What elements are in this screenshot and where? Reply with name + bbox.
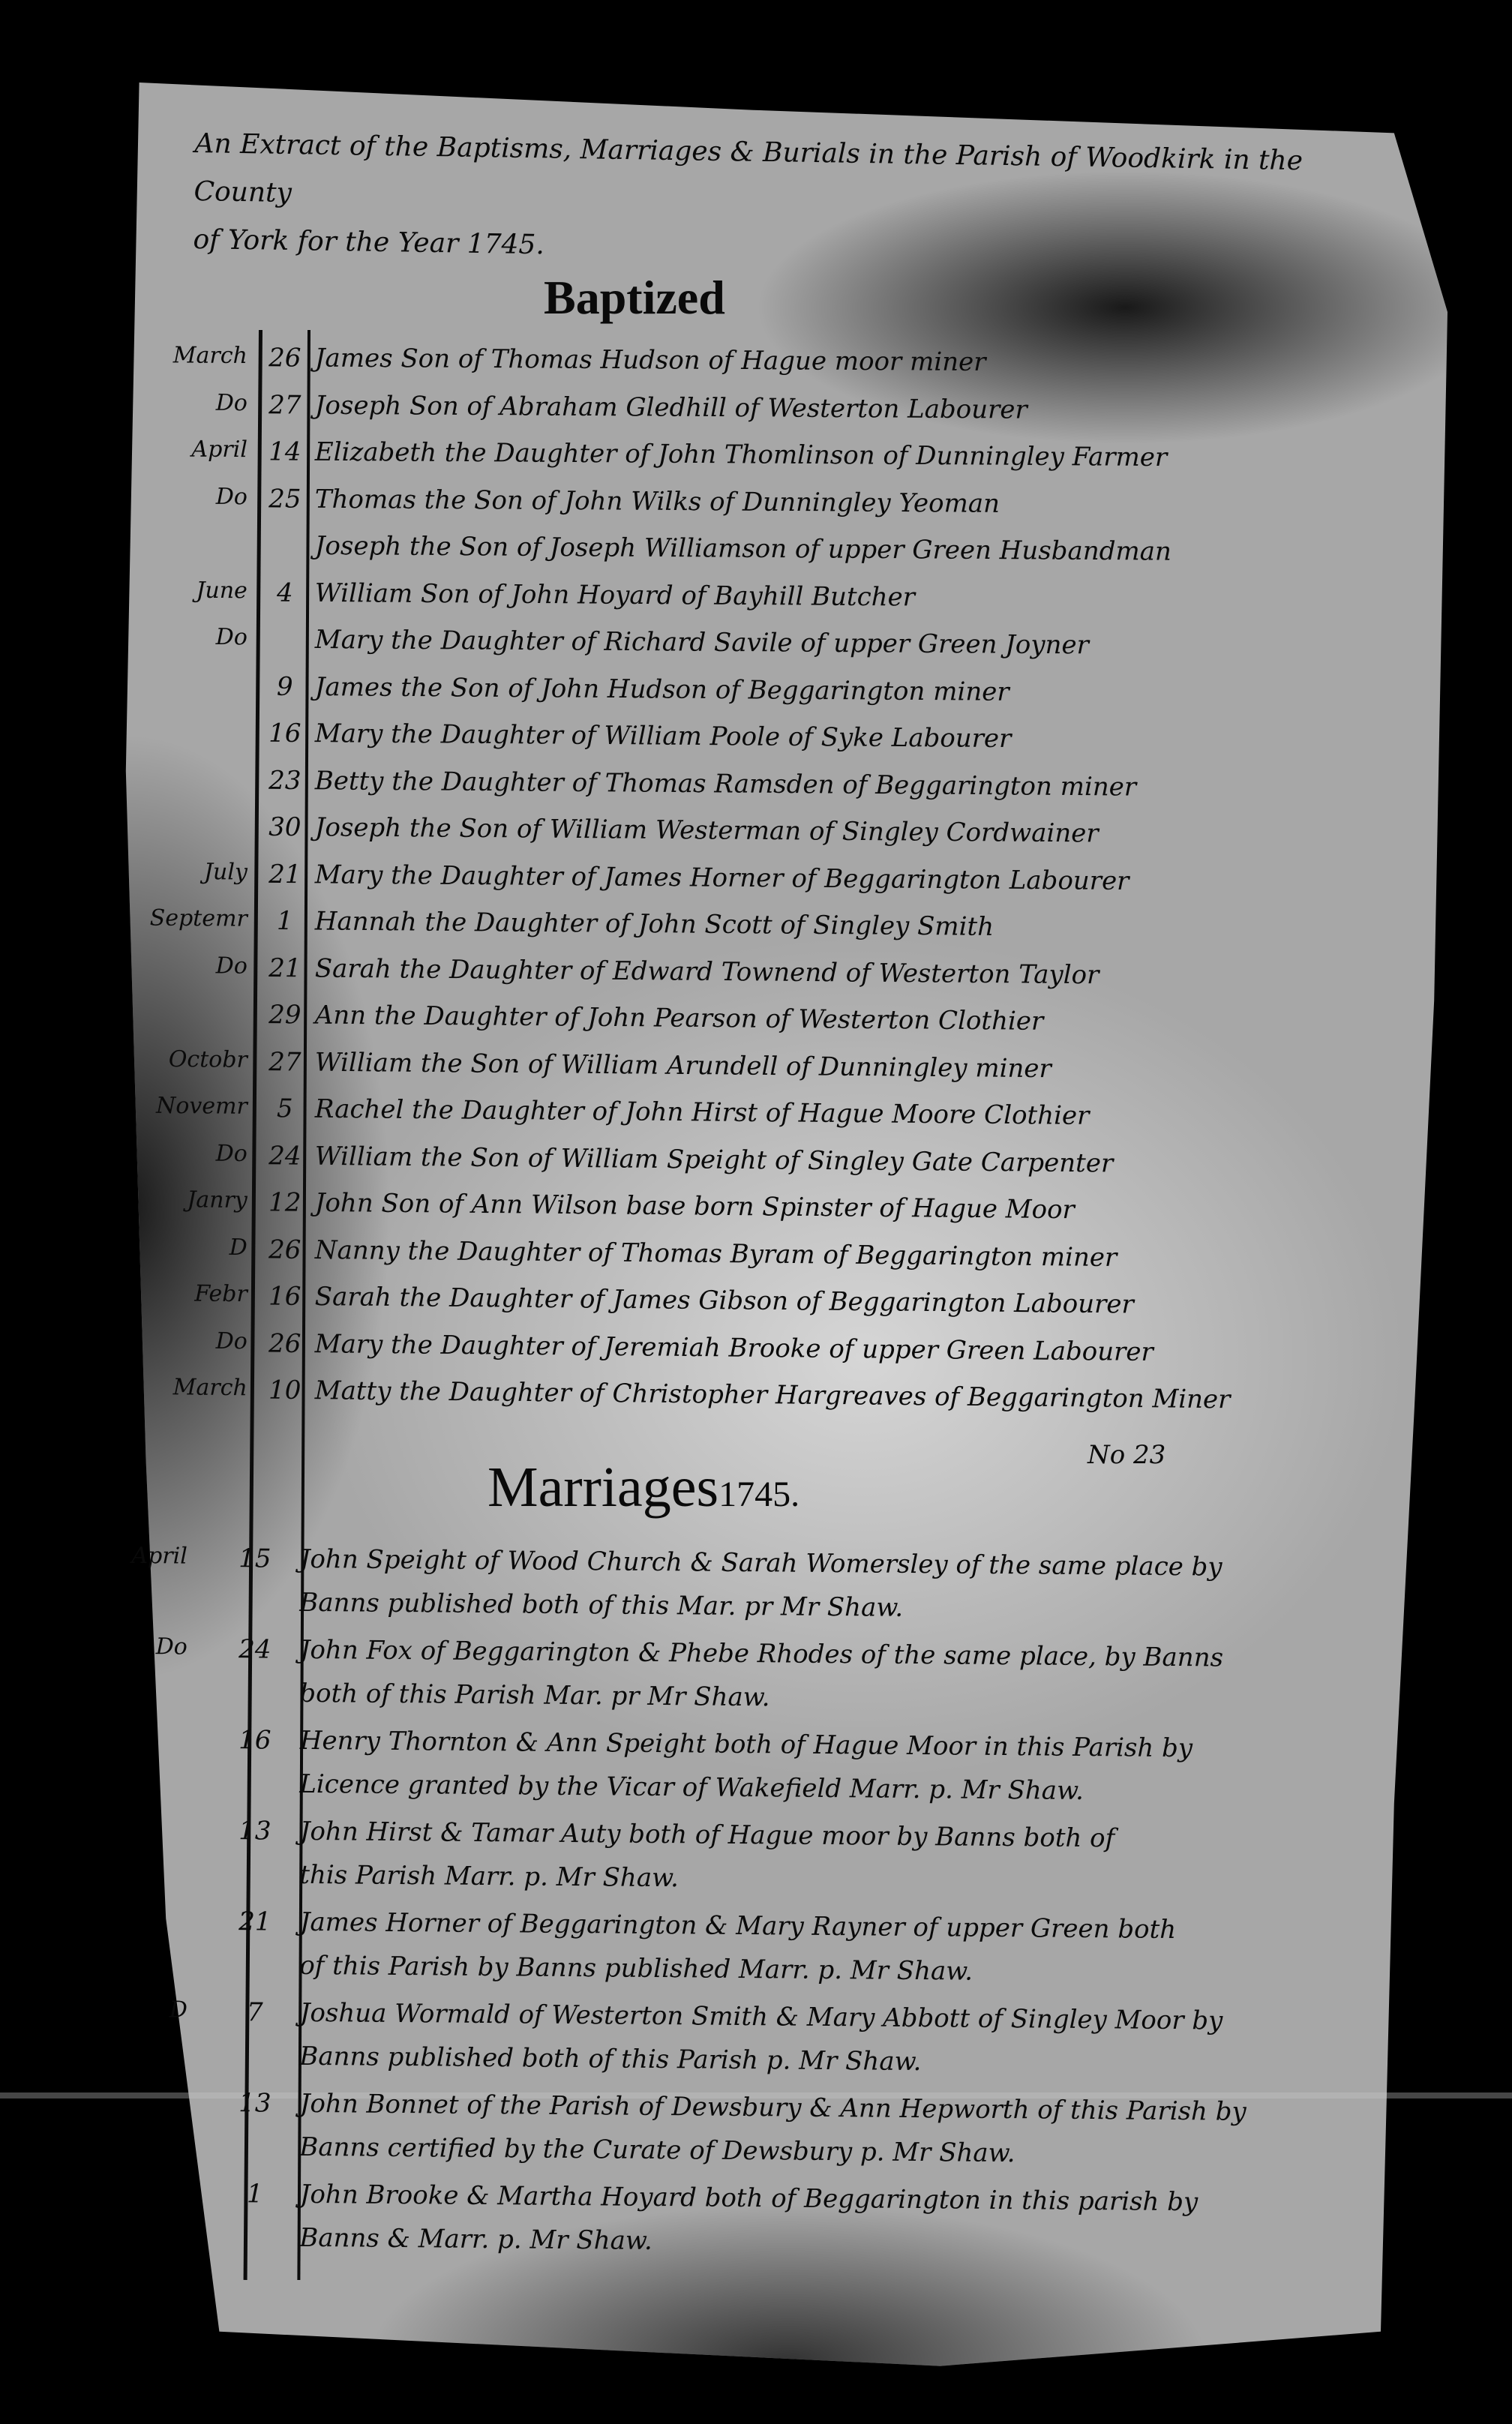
entry-month: Septemr bbox=[112, 904, 247, 931]
entry-month: Do bbox=[112, 1139, 247, 1167]
entry-text: Sarah the Daughter of Edward Townend of … bbox=[315, 953, 1099, 990]
entry-text: Ann the Daughter of John Pearson of West… bbox=[315, 1000, 1044, 1036]
entry-month: July bbox=[112, 858, 247, 885]
entry-month: D bbox=[52, 1996, 187, 2023]
entry-month: Do bbox=[112, 482, 247, 509]
entry-text: Joseph the Son of William Westerman of S… bbox=[315, 812, 1099, 848]
entry-text: Mary the Daughter of Richard Savile of u… bbox=[315, 625, 1089, 660]
entry-line-2: both of this Parish Mar. pr Mr Shaw. bbox=[299, 1678, 770, 1712]
entry-text: William the Son of William Arundell of D… bbox=[315, 1047, 1051, 1084]
entry-day: 4 bbox=[266, 577, 304, 607]
entry-day: 26 bbox=[266, 343, 304, 373]
entry-line-2: Banns published both of this Parish p. M… bbox=[299, 2041, 921, 2077]
entry-day: 21 bbox=[266, 859, 304, 889]
entry-month: Do bbox=[52, 1633, 187, 1660]
document-header: An Extract of the Baptisms, Marriages & … bbox=[193, 120, 1365, 282]
entry-text: Elizabeth the Daughter of John Thomlinso… bbox=[315, 437, 1168, 472]
entry-day: 12 bbox=[266, 1187, 304, 1217]
entry-text: Mary the Daughter of William Poole of Sy… bbox=[315, 718, 1012, 754]
entry-text: William Son of John Hoyard of Bayhill Bu… bbox=[315, 577, 915, 612]
entry-month: April bbox=[52, 1542, 187, 1570]
entry-day: 24 bbox=[266, 1141, 304, 1171]
entry-day: 13 bbox=[236, 2088, 274, 2118]
entry-month: Octobr bbox=[112, 1045, 247, 1073]
marriages-heading-year: 1745. bbox=[718, 1474, 799, 1514]
entry-day: 27 bbox=[266, 390, 304, 420]
entry-day: 24 bbox=[236, 1634, 274, 1664]
marriages-heading: Marriages1745. bbox=[487, 1455, 799, 1520]
entry-day: 23 bbox=[266, 765, 304, 795]
entry-line-2: of this Parish by Banns published Marr. … bbox=[299, 1951, 973, 1987]
register-page bbox=[112, 82, 1447, 2377]
entry-day: 13 bbox=[236, 1816, 274, 1846]
entry-month bbox=[52, 2177, 187, 2179]
entry-text: James the Son of John Hudson of Beggarin… bbox=[315, 672, 1009, 707]
entry-day: 25 bbox=[266, 484, 304, 514]
entry-day: 16 bbox=[266, 1281, 304, 1311]
marriages-heading-label: Marriages bbox=[487, 1456, 718, 1519]
entry-month: Janry bbox=[112, 1186, 247, 1213]
baptisms-heading: Baptized bbox=[544, 270, 725, 325]
entry-text: Betty the Daughter of Thomas Ramsden of … bbox=[315, 766, 1137, 802]
entry-day: 14 bbox=[266, 436, 304, 466]
entry-line-2: Banns & Marr. p. Mr Shaw. bbox=[299, 2223, 652, 2256]
entry-month: April bbox=[112, 436, 247, 463]
entry-day: 15 bbox=[236, 1543, 274, 1573]
entry-month: June bbox=[112, 577, 247, 604]
entry-line-2: Banns certified by the Curate of Dewsbur… bbox=[299, 2132, 1015, 2168]
entry-text: Joseph Son of Abraham Gledhill of Wester… bbox=[315, 390, 1027, 424]
entry-day: 21 bbox=[266, 952, 304, 982]
entry-text: James Son of Thomas Hudson of Hague moor… bbox=[315, 343, 986, 377]
entry-text: Mary the Daughter of James Horner of Beg… bbox=[315, 859, 1129, 896]
entry-line-2: Banns published both of this Mar. pr Mr … bbox=[299, 1588, 903, 1623]
entry-day: 16 bbox=[266, 718, 304, 748]
entry-day: 1 bbox=[236, 2179, 274, 2209]
entry-day: 9 bbox=[266, 671, 304, 701]
entry-month: March bbox=[112, 342, 247, 369]
entry-text: Joseph the Son of Joseph Williamson of u… bbox=[315, 531, 1171, 567]
entry-day: 29 bbox=[266, 1000, 304, 1030]
entry-month: Novemr bbox=[112, 1092, 247, 1120]
entry-day: 16 bbox=[236, 1725, 274, 1755]
entry-day: 30 bbox=[266, 812, 304, 842]
entry-month: March bbox=[112, 1373, 247, 1401]
entry-month: Do bbox=[112, 623, 247, 650]
entry-month: Do bbox=[112, 1327, 247, 1354]
header-line-1: An Extract of the Baptisms, Marriages & … bbox=[193, 120, 1365, 234]
entry-day: 5 bbox=[266, 1093, 304, 1123]
entry-day: 26 bbox=[266, 1328, 304, 1358]
entry-month: Do bbox=[112, 952, 247, 979]
entry-month: Febr bbox=[112, 1279, 247, 1307]
folio-number: No 23 bbox=[1087, 1440, 1165, 1470]
entry-text: Hannah the Daughter of John Scott of Sin… bbox=[315, 906, 994, 941]
entry-day: 27 bbox=[266, 1047, 304, 1077]
entry-day: 26 bbox=[266, 1234, 304, 1264]
entry-month bbox=[52, 2086, 187, 2088]
entry-text: Thomas the Son of John Wilks of Dunningl… bbox=[315, 484, 1000, 518]
entry-day: 10 bbox=[266, 1375, 304, 1405]
entry-month: D bbox=[112, 1233, 247, 1261]
entry-day: 7 bbox=[236, 1997, 274, 2027]
entry-day: 21 bbox=[236, 1906, 274, 1936]
entry-line-2: this Parish Marr. p. Mr Shaw. bbox=[299, 1860, 679, 1893]
entry-day: 1 bbox=[266, 906, 304, 936]
entry-month: Do bbox=[112, 388, 247, 415]
